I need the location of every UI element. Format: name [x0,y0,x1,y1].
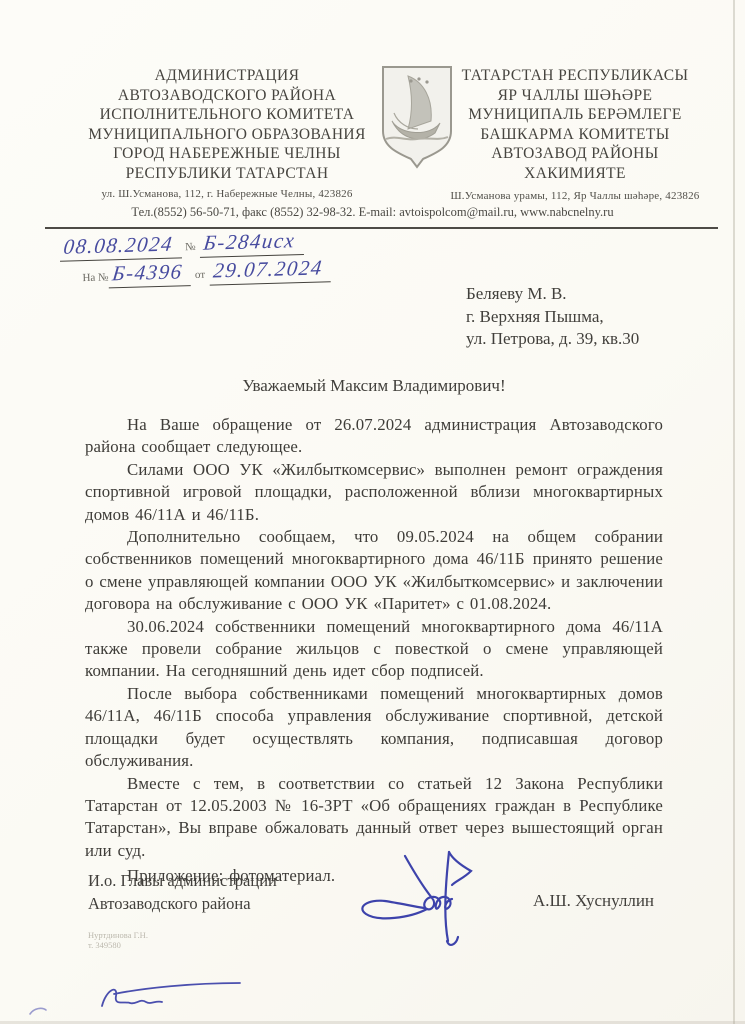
incoming-date-handwritten: 29.07.2024 [212,255,324,283]
bottom-signature-scribble [88,974,248,1018]
org-name-line: АДМИНИСТРАЦИЯ [78,66,376,86]
paragraph: После выбора собственниками помещений мн… [85,683,663,773]
signature-ink [348,840,488,955]
position-line: И.о. Главы администрации [88,869,277,892]
letterhead-russian: АДМИНИСТРАЦИЯ АВТОЗАВОДСКОГО РАЙОНА ИСПО… [78,66,376,200]
org-name-line: ТАТАРСТАН РЕСПУБЛИКАСЫ [450,66,700,86]
recipient-city: г. Верхняя Пышма, [466,306,639,329]
scan-edge-line [733,0,735,1024]
org-name-line: ГОРОД НАБЕРЕЖНЫЕ ЧЕЛНЫ [78,144,376,164]
outgoing-number-handwritten: Б-284исх [202,228,297,256]
org-name-line: ИСПОЛНИТЕЛЬНОГО КОМИТЕТА [78,105,376,125]
reply-date-label: от [195,269,206,281]
org-address: ул. Ш.Усманова, 112, г. Набережные Челны… [78,188,376,200]
org-name-line: БАШКАРМА КОМИТЕТЫ [450,125,700,145]
paragraph: На Ваше обращение от 26.07.2024 админист… [85,414,663,459]
executor-note: Нуртдинова Г.Н. т. 349580 [88,930,148,950]
org-name-line: МУНИЦИПАЛЬНОГО ОБРАЗОВАНИЯ [78,125,376,145]
recipient-street: ул. Петрова, д. 39, кв.30 [466,328,639,351]
org-name-line: ЯР ЧАЛЛЫ ШӘҺӘРЕ [450,86,700,106]
number-label: № [185,241,196,253]
org-name-line: РЕСПУБЛИКИ ТАТАРСТАН [78,164,376,184]
letter-body: На Ваше обращение от 26.07.2024 админист… [85,414,663,888]
incoming-number-handwritten: Б-4396 [111,259,184,286]
org-address: Ш.Усманова урамы, 112, Яр Чаллы шәһәре, … [450,190,700,202]
recipient-block: Беляеву М. В. г. Верхняя Пышма, ул. Петр… [466,283,639,351]
recipient-name: Беляеву М. В. [466,283,639,306]
org-name-line: АВТОЗАВОД РАЙОНЫ [450,144,700,164]
org-name-line: АВТОЗАВОДСКОГО РАЙОНА [78,86,376,106]
coat-of-arms-icon [378,63,456,171]
executor-phone: т. 349580 [88,940,148,950]
reply-label: На № [82,271,108,284]
salutation: Уважаемый Максим Владимирович! [85,376,663,396]
scanned-letter-page: АДМИНИСТРАЦИЯ АВТОЗАВОДСКОГО РАЙОНА ИСПО… [0,0,745,1024]
outgoing-date-handwritten: 08.08.2024 [62,232,174,260]
signatory-name: А.Ш. Хуснуллин [533,891,654,911]
paragraph: Силами ООО УК «Жилбыткомсервис» выполнен… [85,459,663,526]
signatory-position: И.о. Главы администрации Автозаводского … [88,869,277,915]
paragraph: 30.06.2024 собственники помещений многок… [85,616,663,683]
paragraph: Дополнительно сообщаем, что 09.05.2024 н… [85,526,663,616]
reference-block: 08.08.2024 № Б-284исх На №Б-4396 от 29.0… [59,227,331,290]
letterhead-tatar: ТАТАРСТАН РЕСПУБЛИКАСЫ ЯР ЧАЛЛЫ ШӘҺӘРЕ М… [450,66,700,202]
org-name-line: ХАКИМИЯТЕ [450,164,700,184]
position-line: Автозаводского района [88,892,277,915]
contact-line: Тел.(8552) 56-50-71, факс (8552) 32-98-3… [0,205,745,220]
executor-name: Нуртдинова Г.Н. [88,930,148,940]
org-name-line: МУНИЦИПАЛЬ БЕРӘМЛЕГЕ [450,105,700,125]
letterhead-divider [45,227,718,229]
corner-ink-mark [28,1004,48,1016]
